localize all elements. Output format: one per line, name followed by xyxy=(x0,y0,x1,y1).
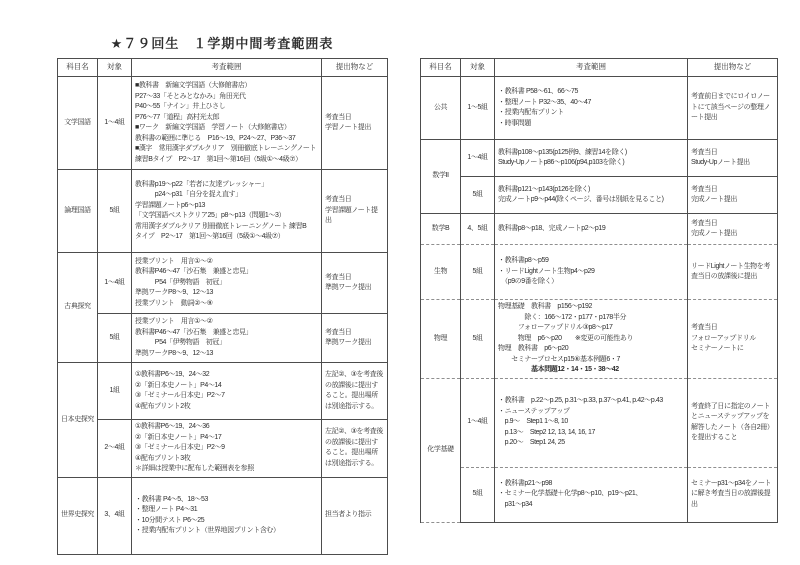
table-row: 5組授業プリント 用言①～②教科書P46～47「沙石集 兼盛と忠見」 P54「伊… xyxy=(58,314,388,363)
scope-line: ④配布プリント3枚 xyxy=(135,454,318,465)
target-class-cell: 2～4組 xyxy=(98,420,132,478)
target-class-cell: 1～4組 xyxy=(98,253,132,314)
scope-line: 教科書p108～p135(p125例9、練習14を除く) xyxy=(498,148,684,159)
scope-line: ・教科書 p.22～p.25, p.31～p.33, p.37～p.41, p.… xyxy=(498,396,684,407)
submission-line: セミナーノートに xyxy=(691,344,774,355)
exam-scope-table-right: 科目名対象考査範囲提出物など公共1～5組・教科書 P58～61、66～75・整理… xyxy=(420,58,777,523)
scope-line: 教科書p121～p143(p126を除く) xyxy=(498,185,684,196)
exam-scope-cell: ・教科書p8～p59・リードLightノート生物p4～p29 （p9の9番を除く… xyxy=(495,245,688,300)
subject-cell: 数学B xyxy=(421,214,461,245)
scope-line: ・リードLightノート生物p4～p29 xyxy=(498,267,684,278)
scope-line: ＊詳細は授業中に配布した範囲表を参照 xyxy=(135,464,318,475)
submission-cell: 左記②、③を考査後の放課後に提出すること。提出場所は別途指示する。 xyxy=(322,363,388,420)
exam-scope-cell: 物理基礎 教科書 p156～p192 除く：166～172・p177・p178半… xyxy=(495,300,688,379)
submission-line: リードLightノート生物を考査当日の放課後に提出 xyxy=(691,262,774,283)
submission-cell: 左記②、③を考査後の放課後に提出すること。提出場所は別途指示する。 xyxy=(322,420,388,478)
scope-line: 物理 p6～p20 ※変更の可能性あり xyxy=(498,334,684,345)
scope-line: p31～p34 xyxy=(498,500,684,511)
submission-line: セミナーp31～p34をノートに解き考査当日の放課後提出 xyxy=(691,479,774,511)
submission-line: 考査当日 xyxy=(325,273,384,284)
exam-scope-cell: ・教科書 P4～5、18～53・整理ノート P4～31・10分間テスト P6～2… xyxy=(132,477,322,554)
table-row: 世界史探究3、4組・教科書 P4～5、18～53・整理ノート P4～31・10分… xyxy=(58,477,388,554)
exam-scope-cell: 授業プリント 用言①～②教科書P46～47「沙石集 兼盛と忠見」 P54「伊勢物… xyxy=(132,314,322,363)
table-row: 古典探究1～4組授業プリント 用言①～②教科書P46～47「沙石集 兼盛と忠見」… xyxy=(58,253,388,314)
exam-scope-cell: ・教科書p21～p98・セミナー化学基礎＋化学p8～p10、p19～p21、 p… xyxy=(495,467,688,522)
table-row: 2～4組①教科書P6～19、24～36②「新日本史ノート」P4～17③「ゼミナー… xyxy=(58,420,388,478)
scope-line: ・授業内配布プリント xyxy=(498,108,684,119)
scope-line: ・ニューステップアップ xyxy=(498,407,684,418)
submission-line: 考査当日 xyxy=(691,185,774,196)
column-header: 対象 xyxy=(98,59,132,77)
submission-cell: 考査当日Study-Upノート提出 xyxy=(688,140,778,177)
table-row: 文学国語1～4組■教科書 新編文学国語（大修館書店）P27～33「そとみとなかみ… xyxy=(58,77,388,170)
target-class-cell: 1～4組 xyxy=(461,378,495,467)
scope-line: ・整理ノート P32～35、40～47 xyxy=(498,98,684,109)
exam-scope-table-left: 科目名対象考査範囲提出物など文学国語1～4組■教科書 新編文学国語（大修館書店）… xyxy=(57,58,387,555)
exam-scope-cell: 教科書p8～p18、完成ノートp2～p19 xyxy=(495,214,688,245)
right-table-grid: 科目名対象考査範囲提出物など公共1～5組・教科書 P58～61、66～75・整理… xyxy=(420,58,778,523)
submission-cell: 考査当日準拠ワーク提出 xyxy=(322,314,388,363)
scope-line: フォローアップドリル③p8～p17 xyxy=(498,323,684,334)
subject-cell: 化学基礎 xyxy=(421,378,461,522)
scope-line: 授業プリント 用言①～② xyxy=(135,257,318,268)
submission-line: 考査当日 xyxy=(691,323,774,334)
table-row: 論理国語5組教科書p19～p22「若者に友達プレッシャー」 p24～p31「自分… xyxy=(58,170,388,253)
column-header: 提出物など xyxy=(322,59,388,77)
scope-line: ・教科書p8～p59 xyxy=(498,256,684,267)
submission-line: 左記②、③を考査後の放課後に提出すること。提出場所は別途指示する。 xyxy=(325,427,384,469)
submission-line: Study-Upノート提出 xyxy=(691,158,774,169)
exam-scope-cell: 授業プリント 用言①～②教科書P46～47「沙石集 兼盛と忠見」 P54「伊勢物… xyxy=(132,253,322,314)
scope-line: P54「伊勢物語 初冠」 xyxy=(135,278,318,289)
submission-cell: 担当者より指示 xyxy=(322,477,388,554)
exam-scope-cell: ■教科書 新編文学国語（大修館書店）P27～33「そとみとなかみ」角田光代P40… xyxy=(132,77,322,170)
scope-line: ・セミナー化学基礎＋化学p8～p10、p19～p21、 xyxy=(498,489,684,500)
subject-cell: 数学Ⅱ xyxy=(421,140,461,214)
exam-scope-cell: 教科書p108～p135(p125例9、練習14を除く)Study-Upノートp… xyxy=(495,140,688,177)
submission-cell: 考査当日完成ノート提出 xyxy=(688,214,778,245)
column-header: 科目名 xyxy=(421,59,461,77)
scope-line: ・教科書 P4～5、18～53 xyxy=(135,495,318,506)
target-class-cell: 5組 xyxy=(98,170,132,253)
submission-line: 考査当日 xyxy=(325,195,384,206)
submission-line: 完成ノート提出 xyxy=(691,195,774,206)
scope-line: 教科書p8～p18、完成ノートp2～p19 xyxy=(498,224,684,235)
scope-line: ②「新日本史ノート」P4～17 xyxy=(135,433,318,444)
scope-line: （p9の9番を除く） xyxy=(498,277,684,288)
scope-line: ■漢字 常用漢字ダブルクリア 別冊徹底トレーニングノート xyxy=(135,144,318,155)
scope-line: 準拠ワークP8～9、12～13 xyxy=(135,349,318,360)
submission-cell: 考査当日フォローアップドリルセミナーノートに xyxy=(688,300,778,379)
scope-line: ■教科書 新編文学国語（大修館書店） xyxy=(135,81,318,92)
scope-line: p.9～ Step1 1～8, 10 xyxy=(498,417,684,428)
subject-cell: 生物 xyxy=(421,245,461,300)
left-table-grid: 科目名対象考査範囲提出物など文学国語1～4組■教科書 新編文学国語（大修館書店）… xyxy=(57,58,388,555)
scope-line: 授業プリント 動詞②～⑨ xyxy=(135,299,318,310)
submission-line: フォローアップドリル xyxy=(691,334,774,345)
target-class-cell: 5組 xyxy=(461,245,495,300)
scope-line: ③「ゼミナール日本史」P2～9 xyxy=(135,443,318,454)
scope-line: 「文学国語ベストクリア25」p8～p13（問題1～3） xyxy=(135,211,318,222)
submission-line: 準拠ワーク提出 xyxy=(325,283,384,294)
scope-line: 練習Bタイプ P2～17 第1回～第16回（5級①～4級⑦） xyxy=(135,155,318,166)
column-header: 対象 xyxy=(461,59,495,77)
scope-line: p24～p31「自分を捉え直す」 xyxy=(135,190,318,201)
scope-line: 準拠ワークP8～9、12～13 xyxy=(135,288,318,299)
submission-cell: 考査前日までにロイロノートにて該当ページの整理ノート提出 xyxy=(688,77,778,140)
subject-cell: 物理 xyxy=(421,300,461,379)
exam-scope-cell: 教科書p121～p143(p126を除く)完成ノートp9～p44(除くページ、番… xyxy=(495,177,688,214)
scope-line: 物理基礎 教科書 p156～p192 xyxy=(498,302,684,313)
scope-line: 常用漢字ダブルクリア 別冊徹底トレーニングノート 練習B xyxy=(135,222,318,233)
scope-line: ・10分間テスト P6～25 xyxy=(135,516,318,527)
scope-line: ①教科書P6～19、24～36 xyxy=(135,422,318,433)
page-title: ★７９回生 １学期中間考査範囲表 xyxy=(57,33,387,52)
submission-line: 準拠ワーク提出 xyxy=(325,338,384,349)
target-class-cell: 1～4組 xyxy=(461,140,495,177)
subject-cell: 公共 xyxy=(421,77,461,140)
table-row: 数学Ⅱ1～4組教科書p108～p135(p125例9、練習14を除く)Study… xyxy=(421,140,778,177)
subject-cell: 論理国語 xyxy=(58,170,98,253)
target-class-cell: 4、5組 xyxy=(461,214,495,245)
scope-line: p.20～ Step1 24, 25 xyxy=(498,438,684,449)
scope-line: 教科書p19～p22「若者に友達プレッシャー」 xyxy=(135,180,318,191)
table-row: 日本史探究1組①教科書P6～19、24～32②「新日本史ノート」P4～14③「ゼ… xyxy=(58,363,388,420)
target-class-cell: 5組 xyxy=(461,300,495,379)
submission-line: 考査終了日に指定のノートとニューステップアップを解答したノート（各自2冊）を提出… xyxy=(691,402,774,444)
table-row: 化学基礎1～4組・教科書 p.22～p.25, p.31～p.33, p.37～… xyxy=(421,378,778,467)
submission-line: 学習ノート提出 xyxy=(325,123,384,134)
scope-line: タイプ P2～17 第1回～第16回（5級①～4級⑦） xyxy=(135,232,318,243)
scope-line: ③「ゼミナール日本史」P2～7 xyxy=(135,391,318,402)
scope-line: 教科書P46～47「沙石集 兼盛と忠見」 xyxy=(135,267,318,278)
scope-line: 学習課題ノートp6～p13 xyxy=(135,201,318,212)
column-header: 考査範囲 xyxy=(495,59,688,77)
scope-line: ・授業内配布プリント（世界地図プリント含む） xyxy=(135,526,318,537)
column-header: 科目名 xyxy=(58,59,98,77)
scope-line: 教科書の範囲に準じる P16～19、P24～27、P36～37 xyxy=(135,134,318,145)
submission-cell: 考査当日学習課題ノート提出 xyxy=(322,170,388,253)
submission-line: 考査前日までにロイロノートにて該当ページの整理ノート提出 xyxy=(691,92,774,124)
scope-line: P27～33「そとみとなかみ」角田光代 xyxy=(135,92,318,103)
scope-line: ■ワーク 新編文学国語 学習ノート（大修館書店） xyxy=(135,123,318,134)
exam-scope-cell: ・教科書 P58～61、66～75・整理ノート P32～35、40～47・授業内… xyxy=(495,77,688,140)
target-class-cell: 3、4組 xyxy=(98,477,132,554)
exam-scope-cell: ①教科書P6～19、24～36②「新日本史ノート」P4～17③「ゼミナール日本史… xyxy=(132,420,322,478)
subject-cell: 文学国語 xyxy=(58,77,98,170)
table-row: 5組・教科書p21～p98・セミナー化学基礎＋化学p8～p10、p19～p21、… xyxy=(421,467,778,522)
exam-scope-cell: 教科書p19～p22「若者に友達プレッシャー」 p24～p31「自分を捉え直す」… xyxy=(132,170,322,253)
scope-line: セミナープロセスp15⑥基本例題6・7 xyxy=(498,355,684,366)
submission-cell: 考査当日完成ノート提出 xyxy=(688,177,778,214)
submission-cell: 考査当日準拠ワーク提出 xyxy=(322,253,388,314)
subject-cell: 古典探究 xyxy=(58,253,98,363)
scope-line: 教科書P46～47「沙石集 兼盛と忠見」 xyxy=(135,328,318,339)
submission-cell: 考査当日学習ノート提出 xyxy=(322,77,388,170)
submission-line: 学習課題ノート提出 xyxy=(325,206,384,227)
submission-line: 左記②、③を考査後の放課後に提出すること。提出場所は別途指示する。 xyxy=(325,370,384,412)
submission-line: 考査当日 xyxy=(325,113,384,124)
scope-line: P54「伊勢物語 初冠」 xyxy=(135,338,318,349)
scope-line: ④配布プリント2枚 xyxy=(135,402,318,413)
submission-line: 担当者より指示 xyxy=(325,510,384,521)
exam-scope-cell: ・教科書 p.22～p.25, p.31～p.33, p.37～p.41, p.… xyxy=(495,378,688,467)
target-class-cell: 1～5組 xyxy=(461,77,495,140)
submission-line: 完成ノート提出 xyxy=(691,229,774,240)
table-row: 5組教科書p121～p143(p126を除く)完成ノートp9～p44(除くページ… xyxy=(421,177,778,214)
scope-line: ・時事問題 xyxy=(498,119,684,130)
target-class-cell: 5組 xyxy=(98,314,132,363)
header-row: 科目名対象考査範囲提出物など xyxy=(58,59,388,77)
scope-line: ②「新日本史ノート」P4～14 xyxy=(135,381,318,392)
scope-line: p.13～ Step2 12, 13, 14, 16, 17 xyxy=(498,428,684,439)
scope-line: ・教科書p21～p98 xyxy=(498,479,684,490)
submission-line: 考査当日 xyxy=(325,328,384,339)
table-row: 生物5組・教科書p8～p59・リードLightノート生物p4～p29 （p9の9… xyxy=(421,245,778,300)
scope-line: ・教科書 P58～61、66～75 xyxy=(498,87,684,98)
submission-line: 考査当日 xyxy=(691,219,774,230)
scope-line: P76～77「道程」高村光太郎 xyxy=(135,113,318,124)
scope-line: 完成ノートp9～p44(除くページ、番号は別紙を見ること) xyxy=(498,195,684,206)
table-row: 物理5組物理基礎 教科書 p156～p192 除く：166～172・p177・p… xyxy=(421,300,778,379)
target-class-cell: 1組 xyxy=(98,363,132,420)
scope-line: ①教科書P6～19、24～32 xyxy=(135,370,318,381)
scope-line: 授業プリント 用言①～② xyxy=(135,317,318,328)
submission-cell: セミナーp31～p34をノートに解き考査当日の放課後提出 xyxy=(688,467,778,522)
subject-cell: 世界史探究 xyxy=(58,477,98,554)
exam-scope-cell: ①教科書P6～19、24～32②「新日本史ノート」P4～14③「ゼミナール日本史… xyxy=(132,363,322,420)
table-row: 数学B4、5組教科書p8～p18、完成ノートp2～p19考査当日完成ノート提出 xyxy=(421,214,778,245)
subject-cell: 日本史探究 xyxy=(58,363,98,478)
header-row: 科目名対象考査範囲提出物など xyxy=(421,59,778,77)
scope-line: P40～55「ナイン」井上ひさし xyxy=(135,102,318,113)
table-row: 公共1～5組・教科書 P58～61、66～75・整理ノート P32～35、40～… xyxy=(421,77,778,140)
submission-cell: 考査終了日に指定のノートとニューステップアップを解答したノート（各自2冊）を提出… xyxy=(688,378,778,467)
submission-cell: リードLightノート生物を考査当日の放課後に提出 xyxy=(688,245,778,300)
scope-line: 除く：166～172・p177・p178半分 xyxy=(498,313,684,324)
scope-line: ・整理ノート P4～31 xyxy=(135,505,318,516)
scope-line: 物理 教科書 p6～p20 xyxy=(498,344,684,355)
column-header: 提出物など xyxy=(688,59,778,77)
submission-line: 考査当日 xyxy=(691,148,774,159)
column-header: 考査範囲 xyxy=(132,59,322,77)
target-class-cell: 5組 xyxy=(461,467,495,522)
target-class-cell: 5組 xyxy=(461,177,495,214)
target-class-cell: 1～4組 xyxy=(98,77,132,170)
scope-line: 基本問題12・14・15・38～42 xyxy=(498,365,684,376)
document-page: { "page": { "title": "★７９回生 １学期中間考査範囲表" … xyxy=(0,0,800,565)
scope-line: Study-Upノートp86～p106(p94,p103を除く) xyxy=(498,158,684,169)
